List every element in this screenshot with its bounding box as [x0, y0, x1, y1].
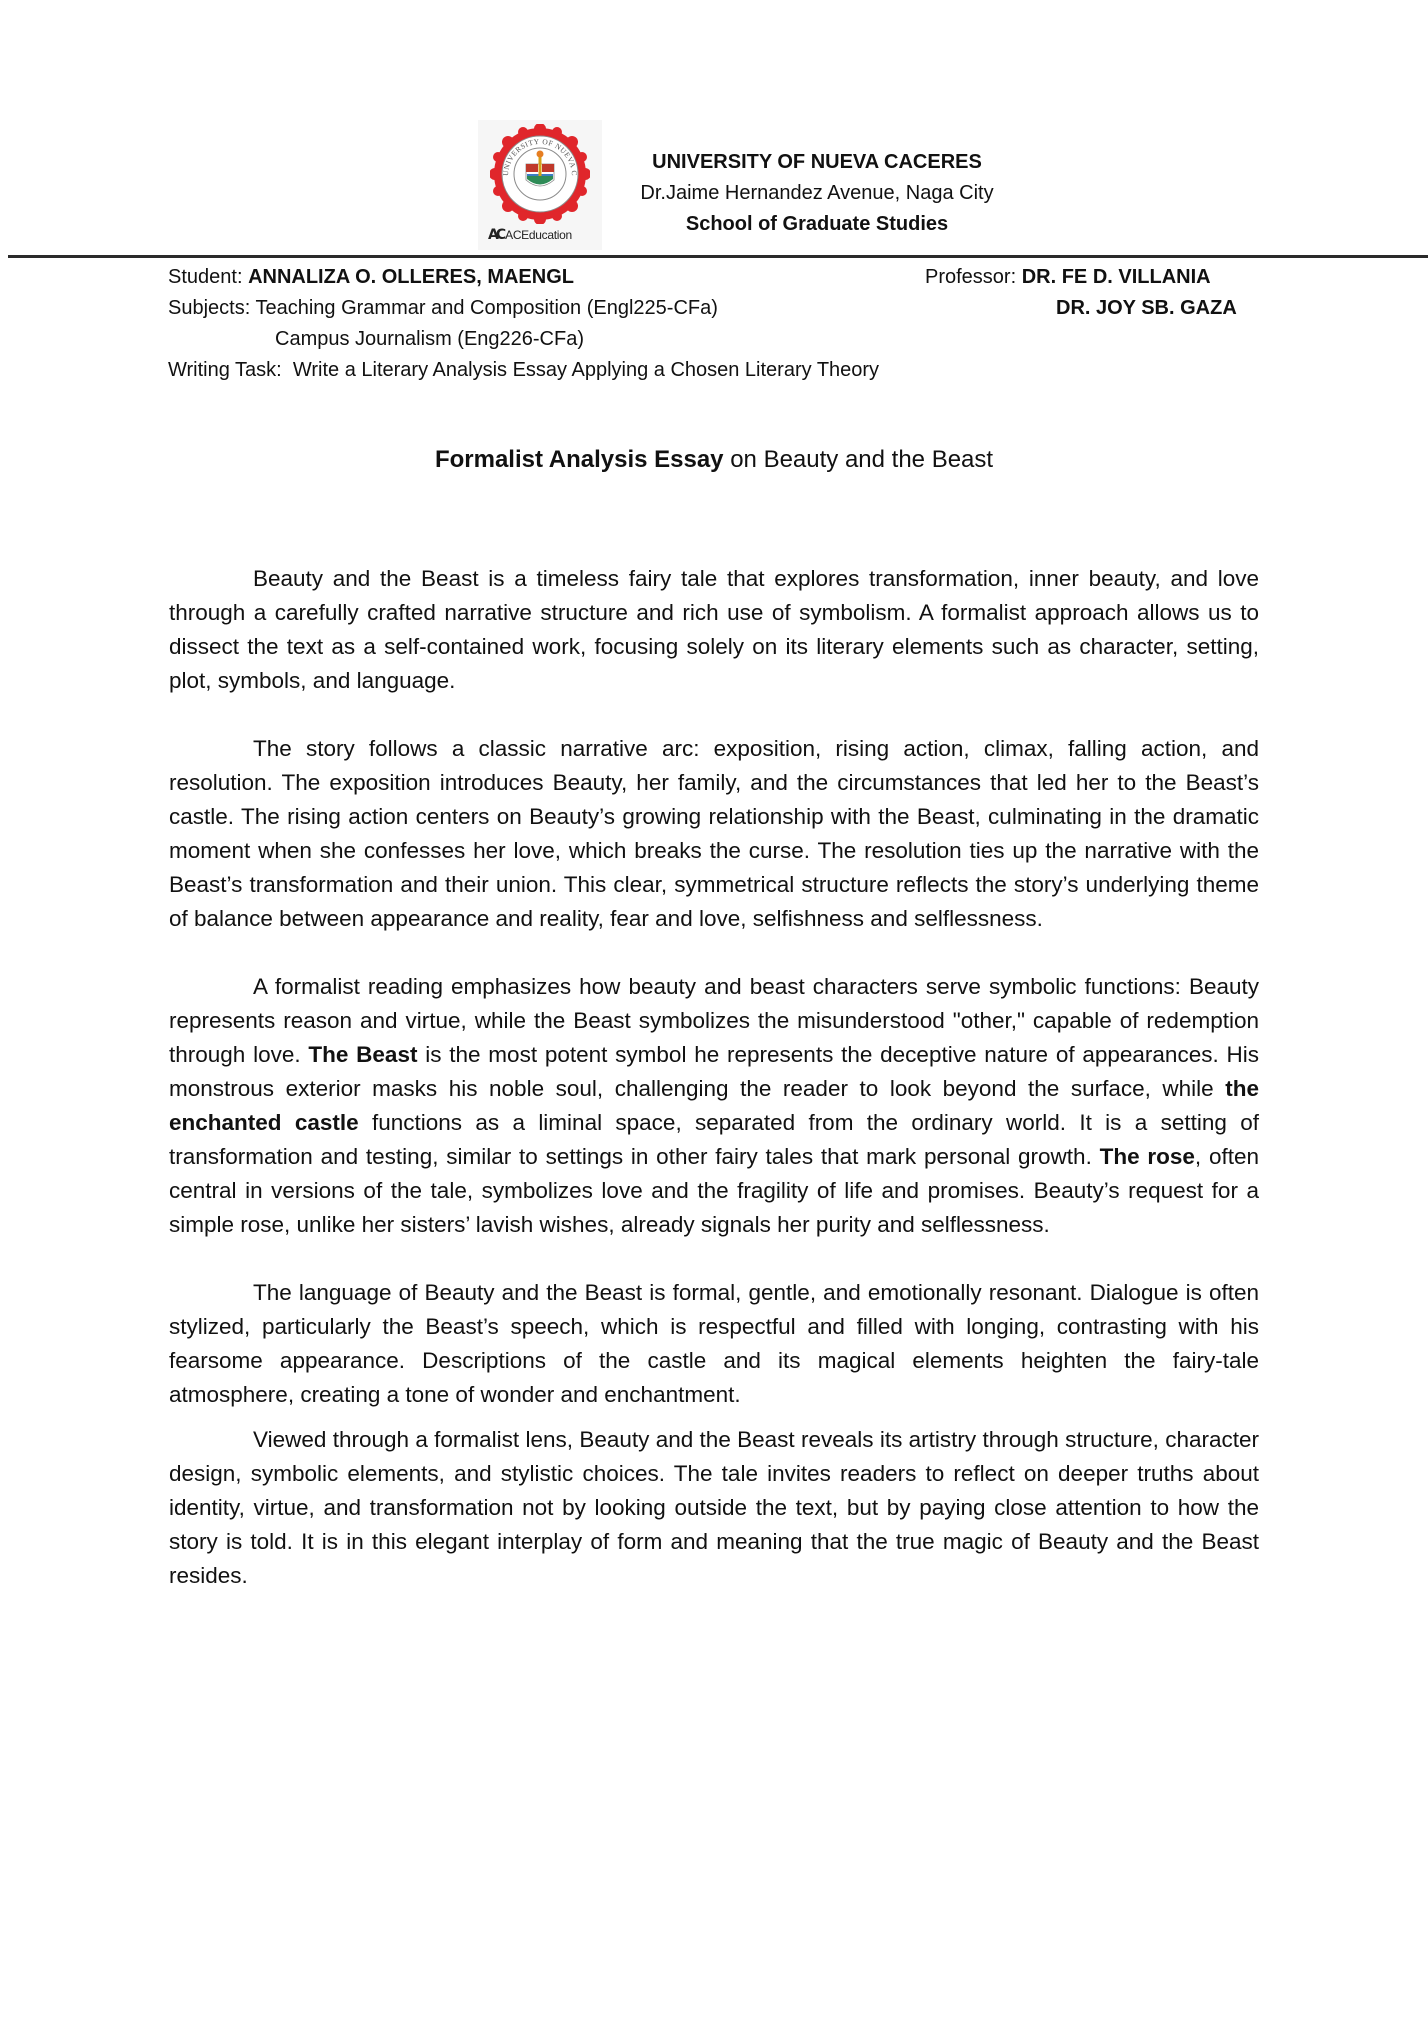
header-divider [8, 255, 1428, 258]
student-label: Student: [168, 266, 248, 288]
institution-name: UNIVERSITY OF NUEVA CACERES [560, 147, 1074, 178]
essay-title-rest: on Beauty and the Beast [724, 446, 994, 473]
essay-paragraph: Beauty and the Beast is a timeless fairy… [169, 562, 1259, 698]
professor-1: DR. FE D. VILLANIA [1022, 266, 1211, 288]
essay-paragraph: The language of Beauty and the Beast is … [169, 1276, 1259, 1412]
subject-1: Teaching Grammar and Composition (Engl22… [255, 297, 717, 319]
professor-line: Professor: DR. FE D. VILLANIA [925, 262, 1211, 293]
emphasis-rose: The rose [1100, 1144, 1195, 1169]
student-name: ANNALIZA O. OLLERES, MAENGL [248, 266, 574, 288]
essay-body: Beauty and the Beast is a timeless fairy… [169, 562, 1259, 1593]
essay-paragraph: The story follows a classic narrative ar… [169, 732, 1259, 936]
institution-address: Dr.Jaime Hernandez Avenue, Naga City [560, 178, 1074, 209]
professor-2-line: DR. JOY SB. GAZA [1056, 293, 1237, 324]
professor-2: DR. JOY SB. GAZA [1056, 297, 1237, 319]
task-label: Writing Task: [168, 359, 293, 381]
school-name: School of Graduate Studies [560, 209, 1074, 240]
writing-task-line: Writing Task: Write a Literary Analysis … [168, 355, 879, 386]
student-line: Student: ANNALIZA O. OLLERES, MAENGL [168, 262, 574, 293]
emphasis-beast: The Beast [308, 1042, 417, 1067]
task-text: Write a Literary Analysis Essay Applying… [293, 359, 879, 381]
essay-paragraph: Viewed through a formalist lens, Beauty … [169, 1423, 1259, 1593]
essay-title: Formalist Analysis Essay on Beauty and t… [0, 446, 1428, 474]
subjects-line: Subjects: Teaching Grammar and Compositi… [168, 293, 718, 324]
subjects-label: Subjects: [168, 297, 255, 319]
essay-title-bold: Formalist Analysis Essay [435, 446, 724, 473]
professor-label: Professor: [925, 266, 1022, 288]
subject-2: Campus Journalism (Eng226-CFa) [275, 324, 584, 355]
essay-paragraph: A formalist reading emphasizes how beaut… [169, 970, 1259, 1242]
acedu-mark-icon: AC [488, 227, 503, 243]
